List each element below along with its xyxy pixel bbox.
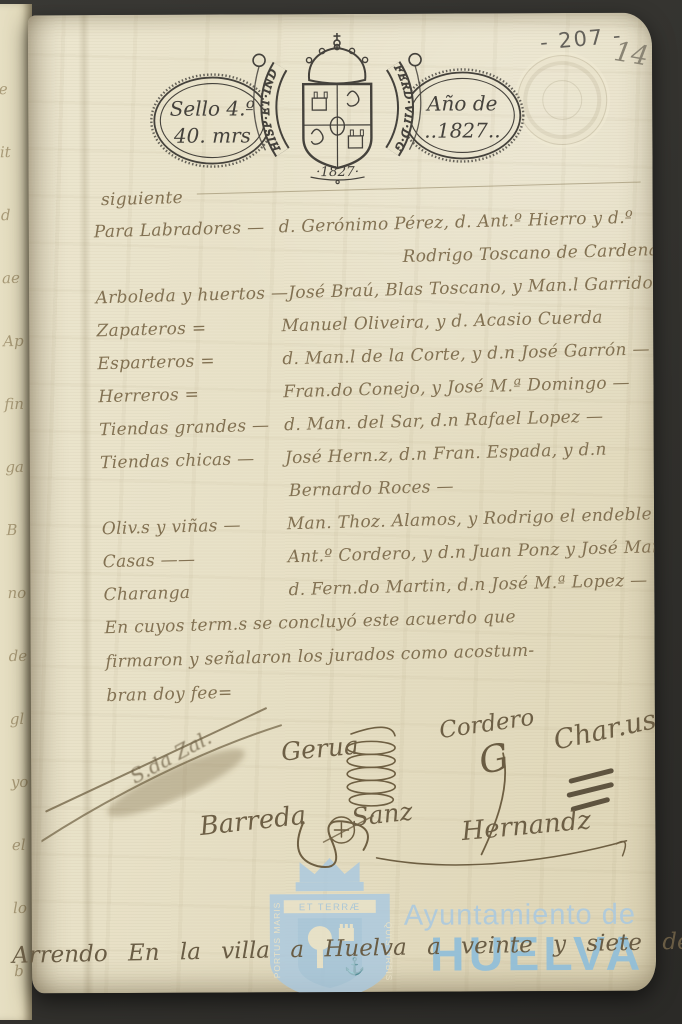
stamp-denomination: Sello 4.º <box>170 96 255 120</box>
corner-folio-mark: 14 <box>612 36 651 72</box>
manuscript-line: Oliv.s y viñas — Man. Thoz. Alamos, y Ro… <box>102 504 650 541</box>
margin-label: Para Labradores — <box>94 217 280 244</box>
stamp-price: 40. mrs <box>173 123 251 147</box>
manuscript-line: Bernardo Roces — <box>101 471 649 508</box>
margin-label: Tiendas chicas — <box>100 448 286 475</box>
manuscript-line: Tiendas grandes — d. Man. del Sar, d.n R… <box>99 405 647 442</box>
archival-page-number: - 207 - <box>539 23 623 54</box>
manuscript-body: siguiente Para Labradores — d. Gerónimo … <box>93 175 655 721</box>
margin-label: Herreros = <box>98 382 284 409</box>
margin-label: Casas —— <box>102 547 288 574</box>
line-text: José Hern.z, d.n Fran. Espada, y d.n <box>285 440 607 471</box>
line-text: d. Gerónimo Pérez, d. Ant.º Hierro y d.º <box>279 208 634 240</box>
manuscript-line: Charanga d. Fern.do Martin, d.n José M.ª… <box>103 570 651 607</box>
embossed-dry-seal <box>517 55 607 145</box>
line-text: José Braú, Blas Toscano, y Man.l Garrido <box>288 273 653 305</box>
manuscript-line: Zapateros = Manuel Oliveira, y d. Acasio… <box>96 306 644 343</box>
line-text: Rodrigo Toscano de Cardenas <box>402 240 656 269</box>
stamp-coat-of-arms: HISP·ET·IND FERD·VII·D·G ·1827· <box>253 33 422 184</box>
line-text: d. Fern.do Martin, d.n José M.ª Lopez — <box>288 571 647 603</box>
opening-word: siguiente <box>101 188 184 210</box>
manuscript-line: Para Labradores — d. Gerónimo Pérez, d. … <box>94 208 642 245</box>
manuscript-line: Rodrigo Toscano de Cardenas <box>94 241 642 278</box>
line-text: Bernardo Roces — <box>289 477 455 503</box>
margin-label: Oliv.s y viñas — <box>102 514 288 541</box>
manuscript-line: Esparteros = d. Man.l de la Corte, y d.n… <box>97 339 645 376</box>
revenue-stamp: Sello 4.º 40. mrs Año de ..1827.. <box>146 25 529 187</box>
line-text: d. Man.l de la Corte, y d.n José Garrón … <box>282 339 650 371</box>
margin-label: Zapateros = <box>96 316 282 343</box>
line-text: Ant.º Cordero, y d.n Juan Ponz y José Ma… <box>287 537 656 570</box>
stamp-base-year: ·1827· <box>316 164 359 180</box>
manuscript-line: Arboleda y huertos — José Braú, Blas Tos… <box>95 274 643 311</box>
closing-line: En cuyos term.s se concluyó este acuerdo… <box>104 603 652 640</box>
sanz-underline <box>376 841 626 866</box>
line-text: Manuel Oliveira, y d. Acasio Cuerda <box>281 308 603 339</box>
closing-line: firmaron y señalaron los jurados como ac… <box>105 637 653 674</box>
line-text: Fran.do Conejo, y José M.ª Domingo — <box>283 373 630 404</box>
margin-label: Esparteros = <box>97 349 283 376</box>
previous-page-edge: e it d ae Ap fin ga B no de gl yo el lo … <box>0 4 32 1020</box>
manuscript-line: Casas —— Ant.º Cordero, y d.n Juan Ponz … <box>102 537 650 574</box>
manuscript-line: Tiendas chicas — José Hern.z, d.n Fran. … <box>100 438 648 475</box>
margin-label: Arboleda y huertos — <box>95 283 288 310</box>
manuscript-line: Herreros = Fran.do Conejo, y José M.ª Do… <box>98 372 646 409</box>
stamp-year-label: Año de <box>425 91 497 115</box>
watermark-band-motto: ET TERRÆ <box>299 902 361 913</box>
scanned-document: e it d ae Ap fin ga B no de gl yo el lo … <box>0 0 682 1024</box>
margin-label: Tiendas grandes — <box>99 415 285 442</box>
margin-label: Charanga <box>103 580 289 607</box>
signature-flourishes <box>41 689 642 892</box>
char-rubric-strokes <box>569 771 611 809</box>
line-text: Man. Thoz. Alamos, y Rodrigo el endeble <box>287 504 653 536</box>
stamp-year-value: ..1827.. <box>424 118 500 142</box>
document-page: - 207 - 14 Sello 4.º 40. mrs Año d <box>28 13 656 994</box>
line-text: d. Man. del Sar, d.n Rafael Lopez — <box>284 407 604 438</box>
